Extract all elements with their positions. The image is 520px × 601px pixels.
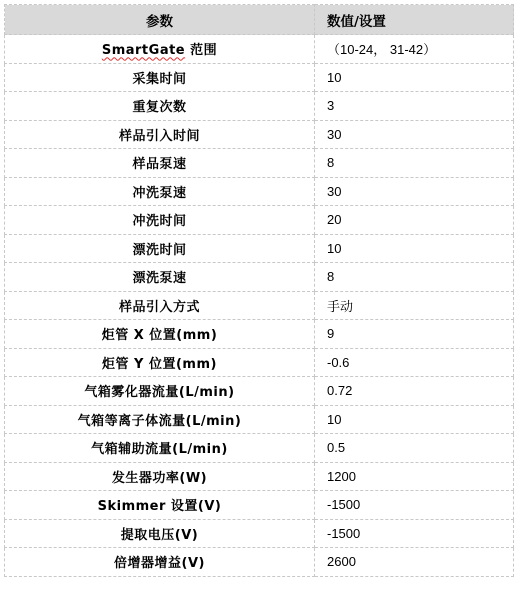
value-cell: 2600 [315, 548, 514, 577]
table-row: 重复次数 3 [5, 92, 514, 121]
table-row: 采集时间 10 [5, 63, 514, 92]
param-cell: 气箱辅助流量(L/min) [5, 434, 315, 463]
param-cell: 样品泵速 [5, 149, 315, 178]
value-cell: 10 [315, 234, 514, 263]
value-cell: 30 [315, 177, 514, 206]
value-cell: 3 [315, 92, 514, 121]
header-param: 参数 [5, 5, 315, 35]
table-row: 炬管 Y 位置(mm) -0.6 [5, 348, 514, 377]
param-cell: 发生器功率(W) [5, 462, 315, 491]
table-row: 气箱辅助流量(L/min) 0.5 [5, 434, 514, 463]
header-value: 数值/设置 [315, 5, 514, 35]
value-cell: 手动 [315, 291, 514, 320]
value-cell: 20 [315, 206, 514, 235]
value-cell: 1200 [315, 462, 514, 491]
value-cell: 0.5 [315, 434, 514, 463]
param-cell: 炬管 Y 位置(mm) [5, 348, 315, 377]
param-cell: 漂洗泵速 [5, 263, 315, 292]
table-row: SmartGate 范围 （10-24， 31-42） [5, 35, 514, 64]
param-cell: 样品引入方式 [5, 291, 315, 320]
param-cell: 冲洗泵速 [5, 177, 315, 206]
table-row: 冲洗泵速 30 [5, 177, 514, 206]
value-cell: （10-24， 31-42） [315, 35, 514, 64]
spellcheck-flagged-word: SmartGate [102, 43, 185, 58]
table-row: 样品引入方式 手动 [5, 291, 514, 320]
table-row: 倍增器增益(V) 2600 [5, 548, 514, 577]
table-row: 样品泵速 8 [5, 149, 514, 178]
value-cell: 8 [315, 263, 514, 292]
param-cell: 重复次数 [5, 92, 315, 121]
table-row: 气箱等离子体流量(L/min) 10 [5, 405, 514, 434]
table-row: 炬管 X 位置(mm) 9 [5, 320, 514, 349]
param-cell: 气箱等离子体流量(L/min) [5, 405, 315, 434]
table-row: 漂洗时间 10 [5, 234, 514, 263]
table-row: 样品引入时间 30 [5, 120, 514, 149]
param-cell: 倍增器增益(V) [5, 548, 315, 577]
param-cell: Skimmer 设置(V) [5, 491, 315, 520]
table-row: 发生器功率(W) 1200 [5, 462, 514, 491]
value-cell: 10 [315, 63, 514, 92]
value-cell: -1500 [315, 491, 514, 520]
param-cell: SmartGate 范围 [5, 35, 315, 64]
param-cell: 采集时间 [5, 63, 315, 92]
value-cell: 8 [315, 149, 514, 178]
param-suffix: 范围 [185, 43, 217, 58]
value-cell: 30 [315, 120, 514, 149]
param-cell: 气箱雾化器流量(L/min) [5, 377, 315, 406]
table-row: 提取电压(V) -1500 [5, 519, 514, 548]
table-row: 漂洗泵速 8 [5, 263, 514, 292]
table-row: Skimmer 设置(V) -1500 [5, 491, 514, 520]
parameter-table-container: 参数 数值/设置 SmartGate 范围 （10-24， 31-42） 采集时… [4, 4, 513, 577]
param-cell: 样品引入时间 [5, 120, 315, 149]
param-cell: 漂洗时间 [5, 234, 315, 263]
value-cell: 10 [315, 405, 514, 434]
table-row: 气箱雾化器流量(L/min) 0.72 [5, 377, 514, 406]
value-cell: 0.72 [315, 377, 514, 406]
table-row: 冲洗时间 20 [5, 206, 514, 235]
value-cell: 9 [315, 320, 514, 349]
table-header-row: 参数 数值/设置 [5, 5, 514, 35]
param-cell: 提取电压(V) [5, 519, 315, 548]
parameter-table: 参数 数值/设置 SmartGate 范围 （10-24， 31-42） 采集时… [4, 4, 514, 577]
param-cell: 炬管 X 位置(mm) [5, 320, 315, 349]
value-cell: -0.6 [315, 348, 514, 377]
value-cell: -1500 [315, 519, 514, 548]
param-cell: 冲洗时间 [5, 206, 315, 235]
